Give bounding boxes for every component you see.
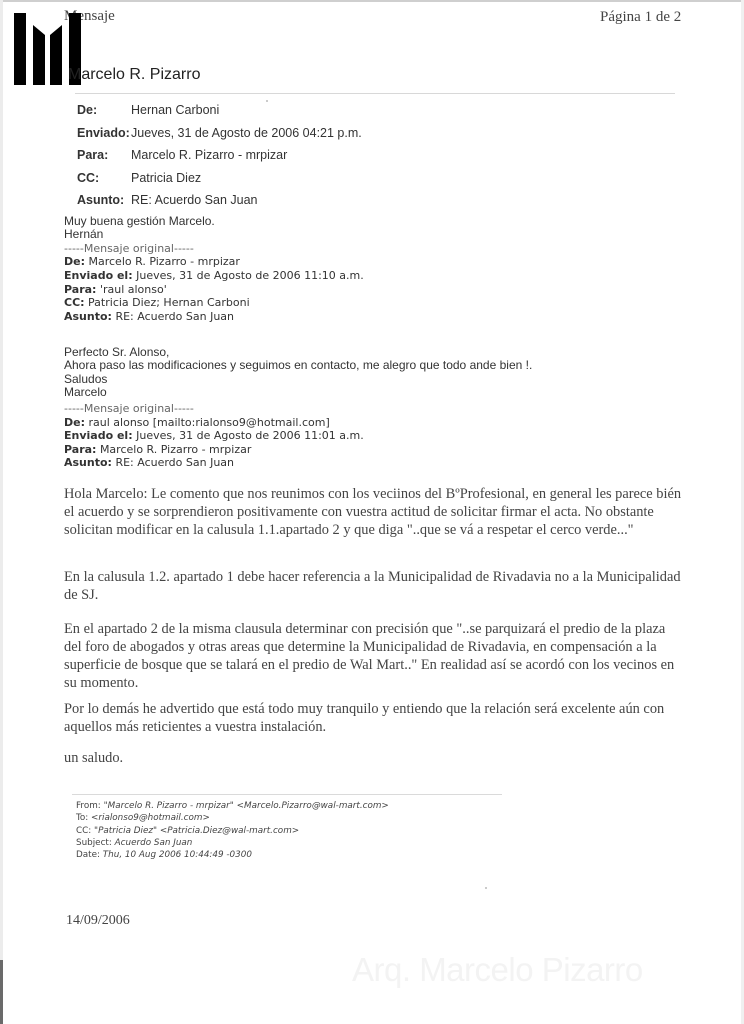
body-line: Marcelo: [64, 386, 532, 399]
quoted-subject: Subject: Acuerdo San Juan: [76, 837, 389, 849]
page-number: Página 1 de 2: [600, 9, 681, 26]
reply1-sent: Enviado el: Jueves, 31 de Agosto de 2006…: [64, 269, 364, 283]
header-row-from: De:Hernan Carboni: [77, 99, 362, 122]
header-row-sent: Enviado:Jueves, 31 de Agosto de 2006 04:…: [77, 122, 362, 145]
reply2-sent: Enviado el: Jueves, 31 de Agosto de 2006…: [64, 429, 364, 443]
scan-speck: [485, 887, 487, 889]
original-message-separator: -----Mensaje original-----: [64, 402, 364, 416]
body-line: Muy buena gestión Marcelo.: [64, 215, 364, 228]
reply1-cc: CC: Patricia Diez; Hernan Carboni: [64, 296, 364, 310]
message-headers: De:Hernan Carboni Enviado:Jueves, 31 de …: [77, 99, 362, 212]
body-line: Perfecto Sr. Alonso,: [64, 346, 532, 359]
reply2-paragraph: Por lo demás he advertido que está todo …: [64, 700, 684, 736]
original-message-separator: -----Mensaje original-----: [64, 242, 364, 256]
top-scan-edge: [0, 0, 744, 2]
reply1-from: De: Marcelo R. Pizarro - mrpizar: [64, 255, 364, 269]
header-row-to: Para:Marcelo R. Pizarro - mrpizar: [77, 144, 362, 167]
header-row-cc: CC:Patricia Diez: [77, 167, 362, 190]
body-line: Saludos: [64, 373, 532, 386]
header-row-subject: Asunto:RE: Acuerdo San Juan: [77, 189, 362, 212]
body-line: Hernán: [64, 228, 364, 241]
scan-speck: [266, 100, 268, 102]
reply2-paragraph: Hola Marcelo: Le comento que nos reunimo…: [64, 485, 684, 539]
reply1-to: Para: 'raul alonso': [64, 283, 364, 297]
quoted-divider: [72, 794, 502, 795]
reply2-subject: Asunto: RE: Acuerdo San Juan: [64, 456, 364, 470]
reply1-subject: Asunto: RE: Acuerdo San Juan: [64, 310, 364, 324]
owner-divider: [75, 93, 675, 94]
body-line: Ahora paso las modificaciones y seguimos…: [64, 359, 532, 372]
outer-message-body: Muy buena gestión Marcelo. Hernán -----M…: [64, 215, 364, 323]
print-date: 14/09/2006: [66, 913, 130, 929]
mailbox-owner-name: Marcelo R. Pizarro: [68, 66, 200, 84]
reply2-to: Para: Marcelo R. Pizarro - mrpizar: [64, 443, 364, 457]
quoted-original-headers: From: "Marcelo R. Pizarro - mrpizar" <Ma…: [76, 800, 389, 861]
left-scan-edge: [0, 0, 3, 1024]
quoted-to: To: <rialonso9@hotmail.com>: [76, 812, 389, 824]
reply2-headers: -----Mensaje original----- De: raul alon…: [64, 402, 364, 470]
quoted-cc: CC: "Patricia Diez" <Patricia.Diez@wal-m…: [76, 825, 389, 837]
quoted-date: Date: Thu, 10 Aug 2006 10:44:49 -0300: [76, 849, 389, 861]
reply2-paragraph: En la calusula 1.2. apartado 1 debe hace…: [64, 568, 684, 604]
left-scan-shadow: [0, 960, 3, 1024]
reply1-body: Perfecto Sr. Alonso, Ahora paso las modi…: [64, 346, 532, 400]
quoted-from: From: "Marcelo R. Pizarro - mrpizar" <Ma…: [76, 800, 389, 812]
watermark-text: Arq. Marcelo Pizarro: [352, 951, 643, 989]
reply2-closing: un saludo.: [64, 749, 684, 767]
reply2-from: De: raul alonso [mailto:rialonso9@hotmai…: [64, 416, 364, 430]
reply2-paragraph: En el apartado 2 de la misma clausula de…: [64, 620, 684, 692]
